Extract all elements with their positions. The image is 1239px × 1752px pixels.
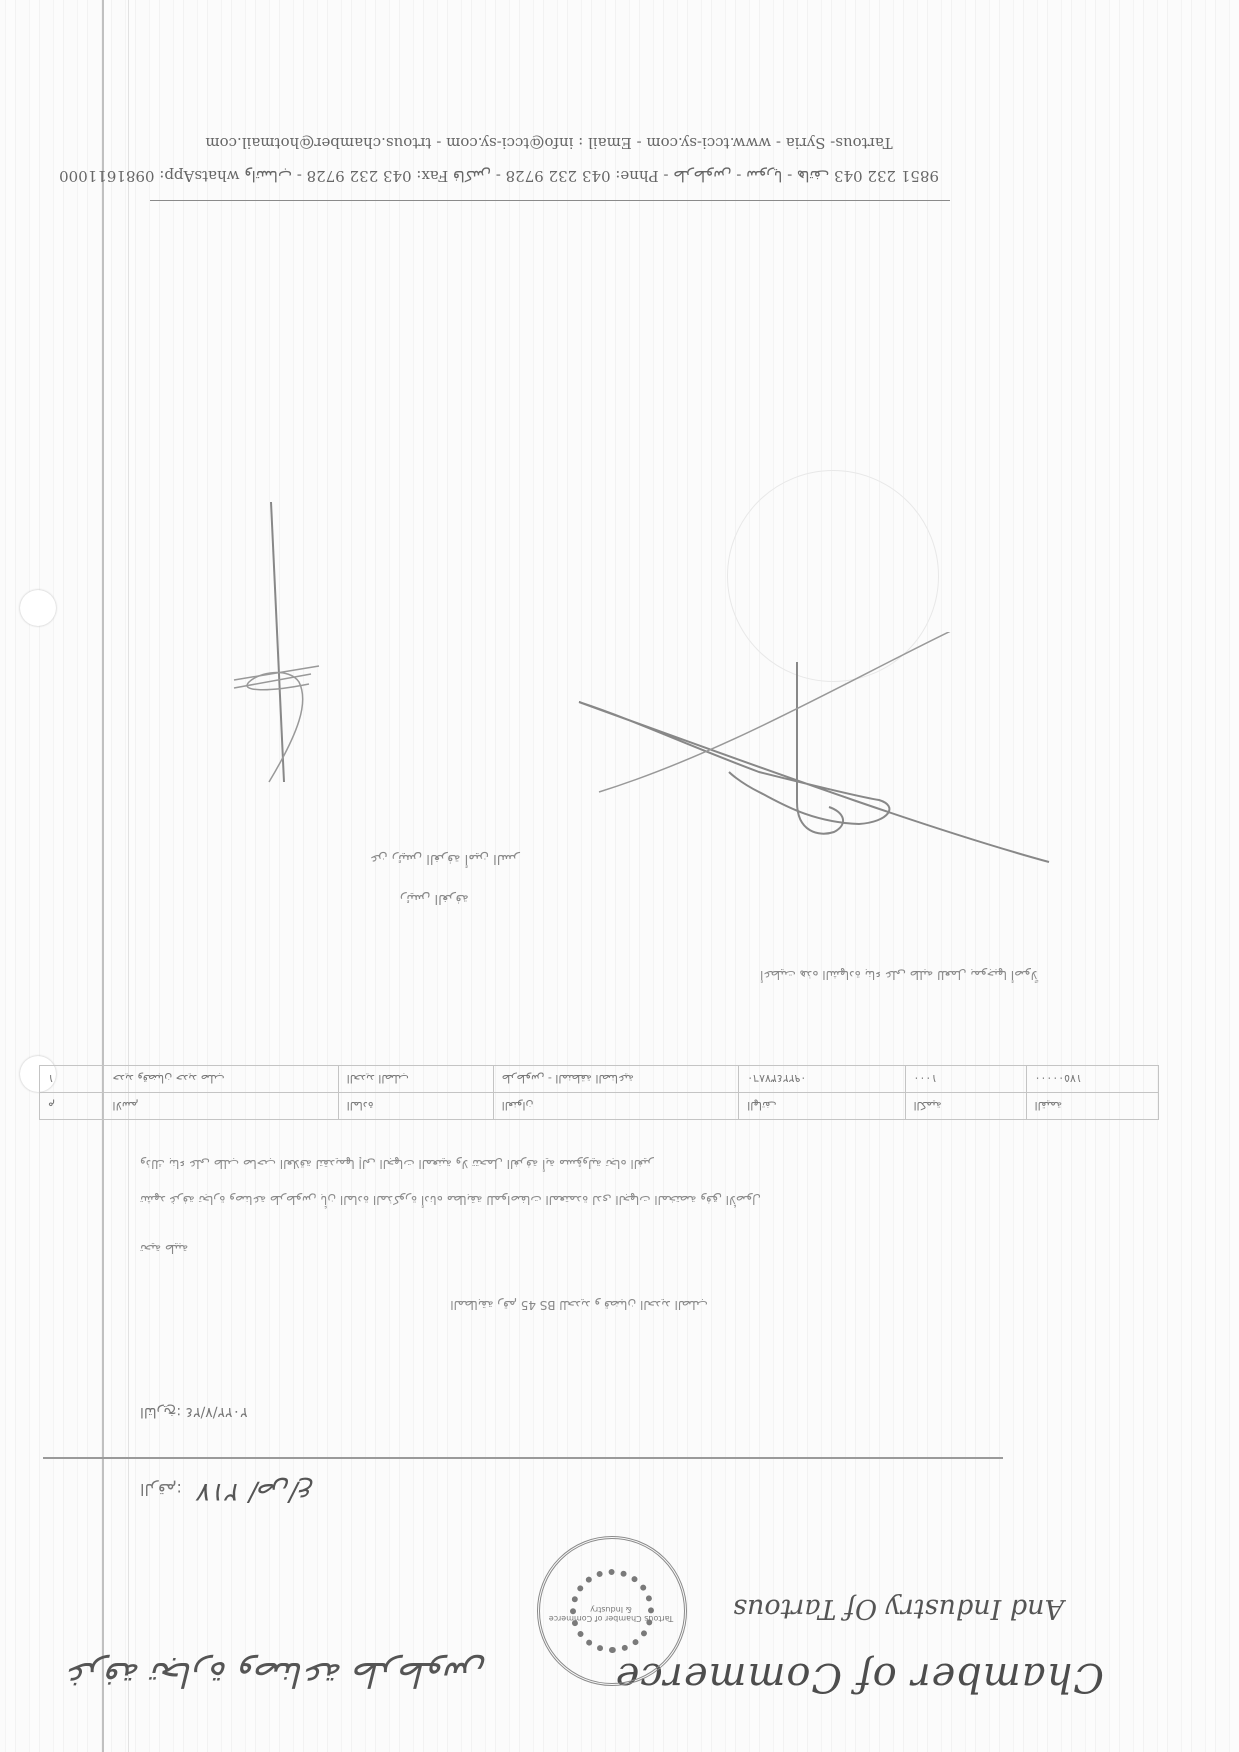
signatory-title: رئيس الغرفة xyxy=(400,891,469,906)
date-label: التاريخ: xyxy=(140,1404,181,1420)
letterhead-arabic-title: غرفة تجارة وصناعة طرطوس xyxy=(70,1654,486,1694)
body-line: تشهد غرفة تجارة وصناعة طرطوس بأن المادة … xyxy=(140,1182,969,1218)
greeting: تحية طيبة xyxy=(140,1242,188,1256)
letterhead-english-subtitle: And Industry Of Tartous xyxy=(733,1593,1064,1624)
punch-hole-icon xyxy=(20,590,56,626)
letter-body: تشهد غرفة تجارة وصناعة طرطوس بأن المادة … xyxy=(140,1146,969,1218)
header-cell: الاسم xyxy=(104,1093,338,1120)
items-table: م الاسم المادة العنوان الهاتف الكمية الق… xyxy=(39,1065,1159,1120)
header-cell: العنوان xyxy=(493,1093,739,1120)
body-line: وذلك بناء على طلب صاحب العلاقة لتقديمها … xyxy=(140,1146,969,1182)
reference-handwritten-value: ٢١٧ /ص/ع xyxy=(199,1477,314,1507)
closing-note: أعطيت هذه الشهادة بناء على طلبه للعمل بم… xyxy=(760,968,1037,982)
footer-divider xyxy=(150,200,950,201)
header-cell: الهاتف xyxy=(739,1093,905,1120)
header-cell: المادة xyxy=(338,1093,493,1120)
footer-contact-line: طرطوس - سوريا - هاتف 043 232 9851 - Phne… xyxy=(159,167,939,185)
seal-text: Tartous Chamber of Commerce & Industry xyxy=(546,1605,676,1623)
cell: ١ xyxy=(40,1066,104,1093)
cell: حديد وقضبان حديد صلب xyxy=(104,1066,338,1093)
cell: طرطوس - المنطقة الصناعية xyxy=(493,1066,739,1093)
date-value: ٢٠٢٢/٧/٢٤ xyxy=(186,1404,248,1420)
binder-margin-line-faint xyxy=(128,0,129,1752)
signature-main-icon xyxy=(559,632,1059,892)
cell: الحديد الصلب xyxy=(338,1066,493,1093)
chamber-seal-icon: Tartous Chamber of Commerce & Industry xyxy=(537,1536,687,1686)
letterhead-english-title: Chamber of Commerce xyxy=(615,1654,1104,1700)
letter-subject: المطابقة رقم BS 45 للحديد و قضبان الحديد… xyxy=(389,1298,769,1312)
header-cell: القيمة xyxy=(1026,1093,1158,1120)
reference-number: الرقم: ٢١٧ /ص/ع xyxy=(140,1477,314,1507)
letter-date: التاريخ: ٢٠٢٢/٧/٢٤ xyxy=(140,1404,248,1420)
scanned-letter-page: Chamber of Commerce And Industry Of Tart… xyxy=(0,0,1239,1752)
cell: ١٧٥٠٠٠٠٠ xyxy=(1026,1066,1158,1093)
table-row: ١ حديد وقضبان حديد صلب الحديد الصلب طرطو… xyxy=(40,1066,1159,1093)
binder-margin-line xyxy=(102,0,104,1752)
signatory-name: عن رئيس الغرفة أمين السر xyxy=(370,851,520,866)
signature-secondary-icon xyxy=(219,492,329,792)
header-cell: م xyxy=(40,1093,104,1120)
header-divider xyxy=(43,1457,1003,1459)
reference-label: الرقم: xyxy=(140,1480,182,1499)
cell: ٠٩٢٢٤٣٧٨٦٠ xyxy=(739,1066,905,1093)
cell: ١٠٠٠ xyxy=(905,1066,1026,1093)
header-cell: الكمية xyxy=(905,1093,1026,1120)
table-header-row: م الاسم المادة العنوان الهاتف الكمية الق… xyxy=(40,1093,1159,1120)
footer-web-email-line: Tartous- Syria - www.tcci-sy.com - Email… xyxy=(179,134,919,152)
